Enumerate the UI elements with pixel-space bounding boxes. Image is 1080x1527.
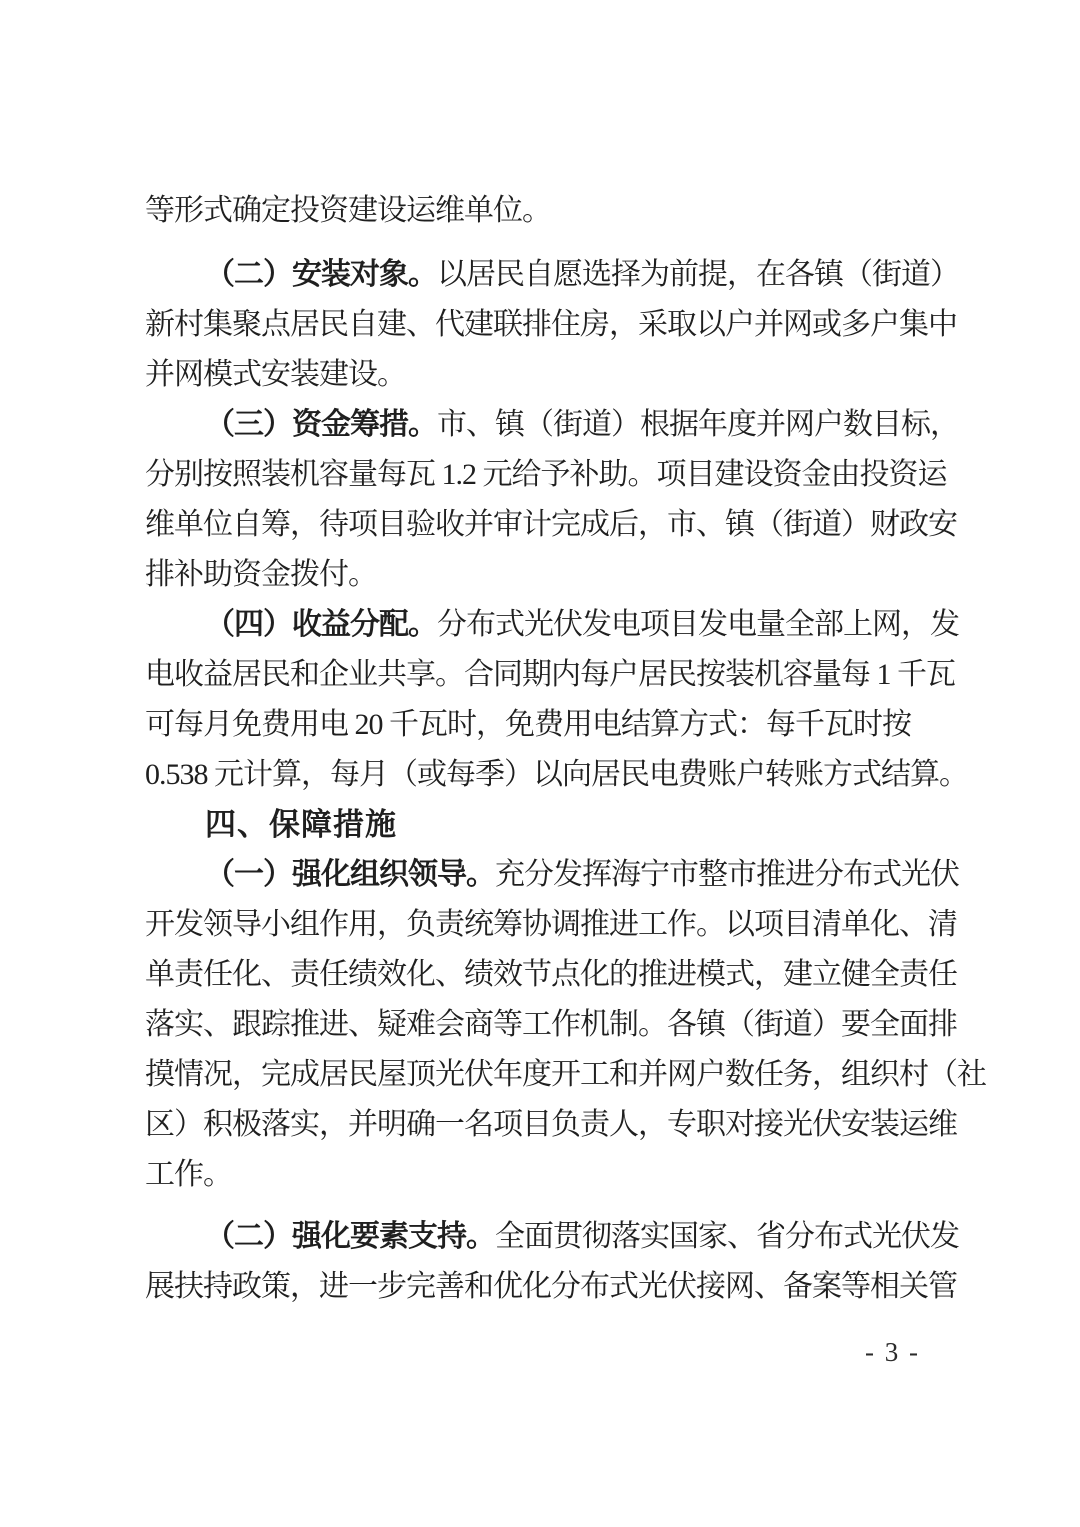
paragraph-text: 充分发挥海宁市整市推进分布式光伏 [495,858,959,891]
paragraph-text: 摸情况，完成居民屋顶光伏年度开工和并网户数任务，组织村（社 [145,1058,986,1091]
document-body: 等形式确定投资建设运维单位。 （二）安装对象。以居民自愿选择为前提，在各镇（街道… [145,186,958,1312]
text-line: 摸情况，完成居民屋顶光伏年度开工和并网户数任务，组织村（社 [145,1050,958,1100]
text-line: 等形式确定投资建设运维单位。 [145,186,958,236]
paragraph-text: 开发领导小组作用，负责统筹协调推进工作。以项目清单化、清 [145,908,957,941]
paragraph-text: 展扶持政策，进一步完善和优化分布式光伏接网、备案等相关管 [145,1270,957,1303]
text-line: 分别按照装机容量每瓦 1.2 元给予补助。项目建设资金由投资运 [145,450,958,500]
paragraph-lead: （三）资金筹措。 [205,408,437,441]
text-line: 落实、跟踪推进、疑难会商等工作机制。各镇（街道）要全面排 [145,1000,958,1050]
paragraph-text: 可每月免费用电 20 千瓦时，免费用电结算方式：每千瓦时按 [145,708,911,741]
paragraph-text: 分布式光伏发电项目发电量全部上网，发 [437,608,959,641]
section-heading-label: 四、保障措施 [205,807,397,842]
paragraph-text: 电收益居民和企业共享。合同期内每户居民按装机容量每 1 千瓦 [145,658,955,691]
text-line: （四）收益分配。分布式光伏发电项目发电量全部上网，发 [145,600,958,650]
text-line: 并网模式安装建设。 [145,350,958,400]
text-line: 工作。 [145,1150,958,1200]
text-line: 电收益居民和企业共享。合同期内每户居民按装机容量每 1 千瓦 [145,650,958,700]
text-line: （二）强化要素支持。全面贯彻落实国家、省分布式光伏发 [145,1212,958,1262]
text-line: 单责任化、责任绩效化、绩效节点化的推进模式，建立健全责任 [145,950,958,1000]
text-line: 展扶持政策，进一步完善和优化分布式光伏接网、备案等相关管 [145,1262,958,1312]
text-line: 可每月免费用电 20 千瓦时，免费用电结算方式：每千瓦时按 [145,700,958,750]
text-line: 0.538 元计算，每月（或每季）以向居民电费账户转账方式结算。 [145,750,958,800]
text-line: （二）安装对象。以居民自愿选择为前提，在各镇（街道） [145,250,958,300]
text-line: （一）强化组织领导。充分发挥海宁市整市推进分布式光伏 [145,850,958,900]
paragraph-text: 维单位自筹，待项目验收并审计完成后，市、镇（街道）财政安 [145,508,957,541]
paragraph-text: 工作。 [145,1158,232,1191]
document-page: 等形式确定投资建设运维单位。 （二）安装对象。以居民自愿选择为前提，在各镇（街道… [0,0,1080,1527]
paragraph-text: 0.538 元计算，每月（或每季）以向居民电费账户转账方式结算。 [145,758,968,791]
paragraph-text: 排补助资金拨付。 [145,558,377,591]
page-number: - 3 - [865,1334,920,1370]
text-line: 开发领导小组作用，负责统筹协调推进工作。以项目清单化、清 [145,900,958,950]
text-line: 维单位自筹，待项目验收并审计完成后，市、镇（街道）财政安 [145,500,958,550]
paragraph-text: 区）积极落实，并明确一名项目负责人，专职对接光伏安装运维 [145,1108,957,1141]
text-line: （三）资金筹措。市、镇（街道）根据年度并网户数目标， [145,400,958,450]
paragraph-lead: （二）强化要素支持。 [205,1220,495,1253]
paragraph-text: 单责任化、责任绩效化、绩效节点化的推进模式，建立健全责任 [145,958,957,991]
paragraph-text: 新村集聚点居民自建、代建联排住房，采取以户并网或多户集中 [145,308,957,341]
paragraph-text: 全面贯彻落实国家、省分布式光伏发 [495,1220,959,1253]
text-line: 区）积极落实，并明确一名项目负责人，专职对接光伏安装运维 [145,1100,958,1150]
section-heading: 四、保障措施 [145,800,958,850]
paragraph-lead: （一）强化组织领导。 [205,858,495,891]
text-line: 新村集聚点居民自建、代建联排住房，采取以户并网或多户集中 [145,300,958,350]
paragraph-text: 市、镇（街道）根据年度并网户数目标， [437,408,959,441]
paragraph-text: 分别按照装机容量每瓦 1.2 元给予补助。项目建设资金由投资运 [145,458,947,491]
paragraph-text: 落实、跟踪推进、疑难会商等工作机制。各镇（街道）要全面排 [145,1008,957,1041]
paragraph-lead: （二）安装对象。 [205,258,437,291]
paragraph-text: 以居民自愿选择为前提，在各镇（街道） [437,258,959,291]
text-line: 排补助资金拨付。 [145,550,958,600]
paragraph-text: 等形式确定投资建设运维单位。 [145,194,551,227]
paragraph-lead: （四）收益分配。 [205,608,437,641]
paragraph-text: 并网模式安装建设。 [145,358,406,391]
